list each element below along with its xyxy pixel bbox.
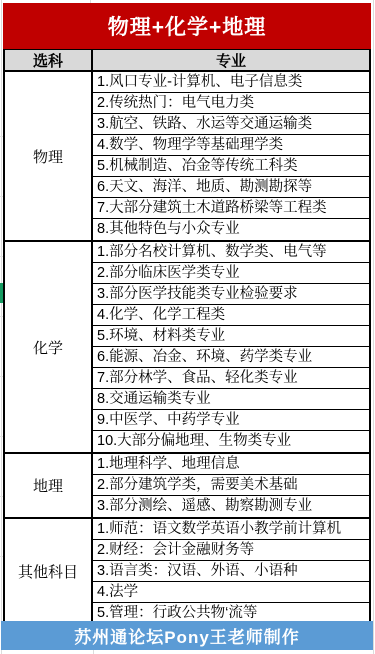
major-row: 2.部分建筑学类，需要美术基础	[93, 475, 369, 496]
header-cell-major: 专业	[93, 50, 369, 70]
subject-cell: 地理	[5, 454, 93, 517]
table-header-row: 选科 专业	[5, 50, 369, 72]
major-rows: 1.部分名校计算机、数学类、电气等2.部分临床医学类专业3.部分医学技能类专业检…	[93, 242, 369, 452]
major-row: 3.部分测绘、遥感、勘察勘测专业	[93, 496, 369, 517]
major-row: 8.交通运输类专业	[93, 389, 369, 410]
sheet-gridline-right	[373, 0, 374, 654]
section-4: 其他科目1.师范：语文数学英语小教学前计算机2.财经：会计金融财务等3.语言类：…	[5, 519, 369, 624]
major-rows: 1.师范：语文数学英语小教学前计算机2.财经：会计金融财务等3.语言类：汉语、外…	[93, 519, 369, 624]
table-grid: 选科 专业 物理1.风口专业-计算机、电子信息类2.传统热门：电气电力类3.航空…	[3, 49, 371, 626]
sheet-gridline-bottom-column	[93, 650, 94, 654]
major-rows: 1.地理科学、地理信息2.部分建筑学类，需要美术基础3.部分测绘、遥感、勘察勘测…	[93, 454, 369, 517]
section-1: 物理1.风口专业-计算机、电子信息类2.传统热门：电气电力类3.航空、铁路、水运…	[5, 72, 369, 242]
section-2: 化学1.部分名校计算机、数学类、电气等2.部分临床医学类专业3.部分医学技能类专…	[5, 242, 369, 454]
table-title: 物理+化学+地理	[3, 3, 371, 49]
major-row: 2.部分临床医学类专业	[93, 263, 369, 284]
major-row: 4.法学	[93, 582, 369, 603]
major-row: 1.部分名校计算机、数学类、电气等	[93, 242, 369, 263]
major-row: 6.天文、海洋、地质、勘测勘探等	[93, 177, 369, 198]
major-row: 3.语言类：汉语、外语、小语种	[93, 561, 369, 582]
major-row: 4.数学、物理学等基础理学类	[93, 135, 369, 156]
header-cell-subject: 选科	[5, 50, 93, 70]
major-row: 2.传统热门：电气电力类	[93, 93, 369, 114]
major-row: 2.财经：会计金融财务等	[93, 540, 369, 561]
major-row: 5.环境、材料类专业	[93, 326, 369, 347]
table-sections: 物理1.风口专业-计算机、电子信息类2.传统热门：电气电力类3.航空、铁路、水运…	[5, 72, 369, 624]
subject-cell: 其他科目	[5, 519, 93, 624]
major-rows: 1.风口专业-计算机、电子信息类2.传统热门：电气电力类3.航空、铁路、水运等交…	[93, 72, 369, 240]
major-row: 6.能源、冶金、环境、药学类专业	[93, 347, 369, 368]
subject-cell: 化学	[5, 242, 93, 452]
subject-major-table: 物理+化学+地理 选科 专业 物理1.风口专业-计算机、电子信息类2.传统热门：…	[3, 3, 371, 626]
major-row: 7.部分林学、食品、轻化类专业	[93, 368, 369, 389]
footer-credit-banner: 苏州通论坛Pony王老师制作	[1, 621, 373, 650]
major-row: 10.大部分偏地理、生物类专业	[93, 431, 369, 452]
major-row: 1.师范：语文数学英语小教学前计算机	[93, 519, 369, 540]
major-row: 9.中医学、中药学专业	[93, 410, 369, 431]
major-row: 5.机械制造、冶金等传统工科类	[93, 156, 369, 177]
subject-cell: 物理	[5, 72, 93, 240]
major-row: 3.部分医学技能类专业检验要求	[93, 284, 369, 305]
major-row: 1.风口专业-计算机、电子信息类	[93, 72, 369, 93]
section-3: 地理1.地理科学、地理信息2.部分建筑学类，需要美术基础3.部分测绘、遥感、勘察…	[5, 454, 369, 519]
major-row: 3.航空、铁路、水运等交通运输类	[93, 114, 369, 135]
major-row: 4.化学、化学工程类	[93, 305, 369, 326]
major-row: 8.其他特色与小众专业	[93, 219, 369, 240]
major-row: 1.地理科学、地理信息	[93, 454, 369, 475]
major-row: 7.大部分建筑土木道路桥梁等工程类	[93, 198, 369, 219]
